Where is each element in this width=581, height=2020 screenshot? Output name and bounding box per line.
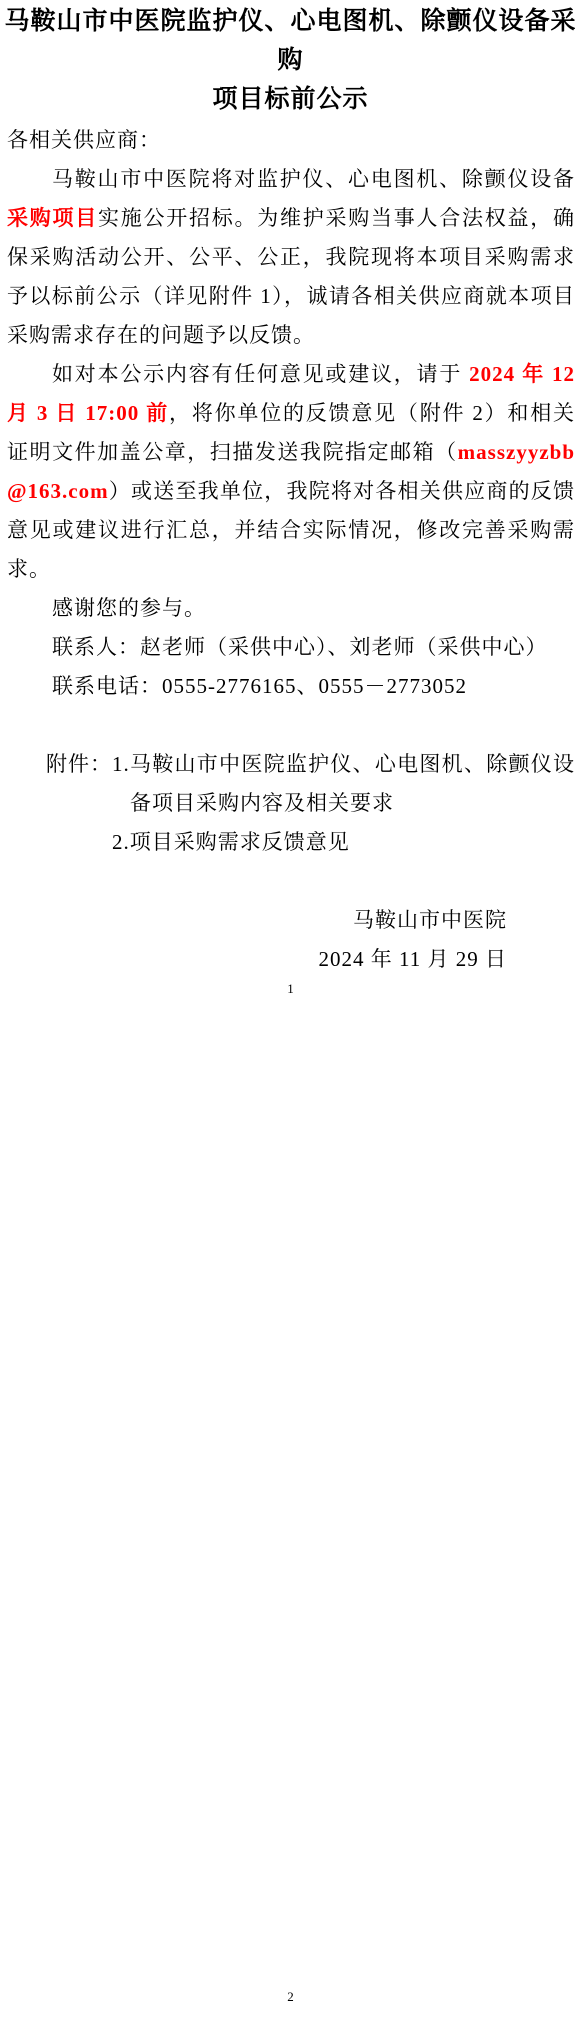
text-run: 如对本公示内容有任何意见或建议，请于: [52, 362, 469, 386]
contact-person-line: 联系人：赵老师（采供中心）、刘老师（采供中心）: [7, 628, 575, 667]
attachments-block: 附件： 1.马鞍山市中医院监护仪、心电图机、除颤仪设备项目采购内容及相关要求 2…: [46, 745, 575, 862]
attachments-label: 附件：: [46, 745, 112, 784]
attachment-item-1: 1.马鞍山市中医院监护仪、心电图机、除颤仪设备项目采购内容及相关要求: [112, 745, 575, 823]
page-number-2: 2: [0, 1989, 581, 2005]
page-number-1: 1: [0, 981, 581, 997]
document-title: 马鞍山市中医院监护仪、心电图机、除颤仪设备采购 项目标前公示: [0, 2, 581, 119]
attachment-item-2: 2.项目采购需求反馈意见: [112, 823, 575, 862]
text-run: 马鞍山市中医院将对监护仪、心电图机、除颤仪设备: [52, 167, 575, 191]
document-body: 各相关供应商： 马鞍山市中医院将对监护仪、心电图机、除颤仪设备采购项目实施公开招…: [7, 121, 575, 979]
highlight-procurement-project: 采购项目: [7, 206, 98, 230]
attachments-list: 1.马鞍山市中医院监护仪、心电图机、除颤仪设备项目采购内容及相关要求 2.项目采…: [112, 745, 575, 862]
title-line-2: 项目标前公示: [0, 80, 581, 119]
paragraph-thanks: 感谢您的参与。: [7, 589, 575, 628]
paragraph-feedback-instructions: 如对本公示内容有任何意见或建议，请于 2024 年 12 月 3 日 17:00…: [7, 355, 575, 589]
paragraph-announcement: 马鞍山市中医院将对监护仪、心电图机、除颤仪设备采购项目实施公开招标。为维护采购当…: [7, 160, 575, 355]
signature-org: 马鞍山市中医院: [7, 901, 507, 940]
document-canvas: 马鞍山市中医院监护仪、心电图机、除颤仪设备采购 项目标前公示 各相关供应商： 马…: [0, 0, 581, 2020]
signature-block: 马鞍山市中医院 2024 年 11 月 29 日: [7, 901, 575, 979]
contact-phone-line: 联系电话：0555-2776165、0555－2773052: [7, 667, 575, 706]
title-line-1: 马鞍山市中医院监护仪、心电图机、除颤仪设备采购: [0, 2, 581, 80]
signature-date: 2024 年 11 月 29 日: [7, 940, 507, 979]
salutation: 各相关供应商：: [7, 121, 575, 160]
